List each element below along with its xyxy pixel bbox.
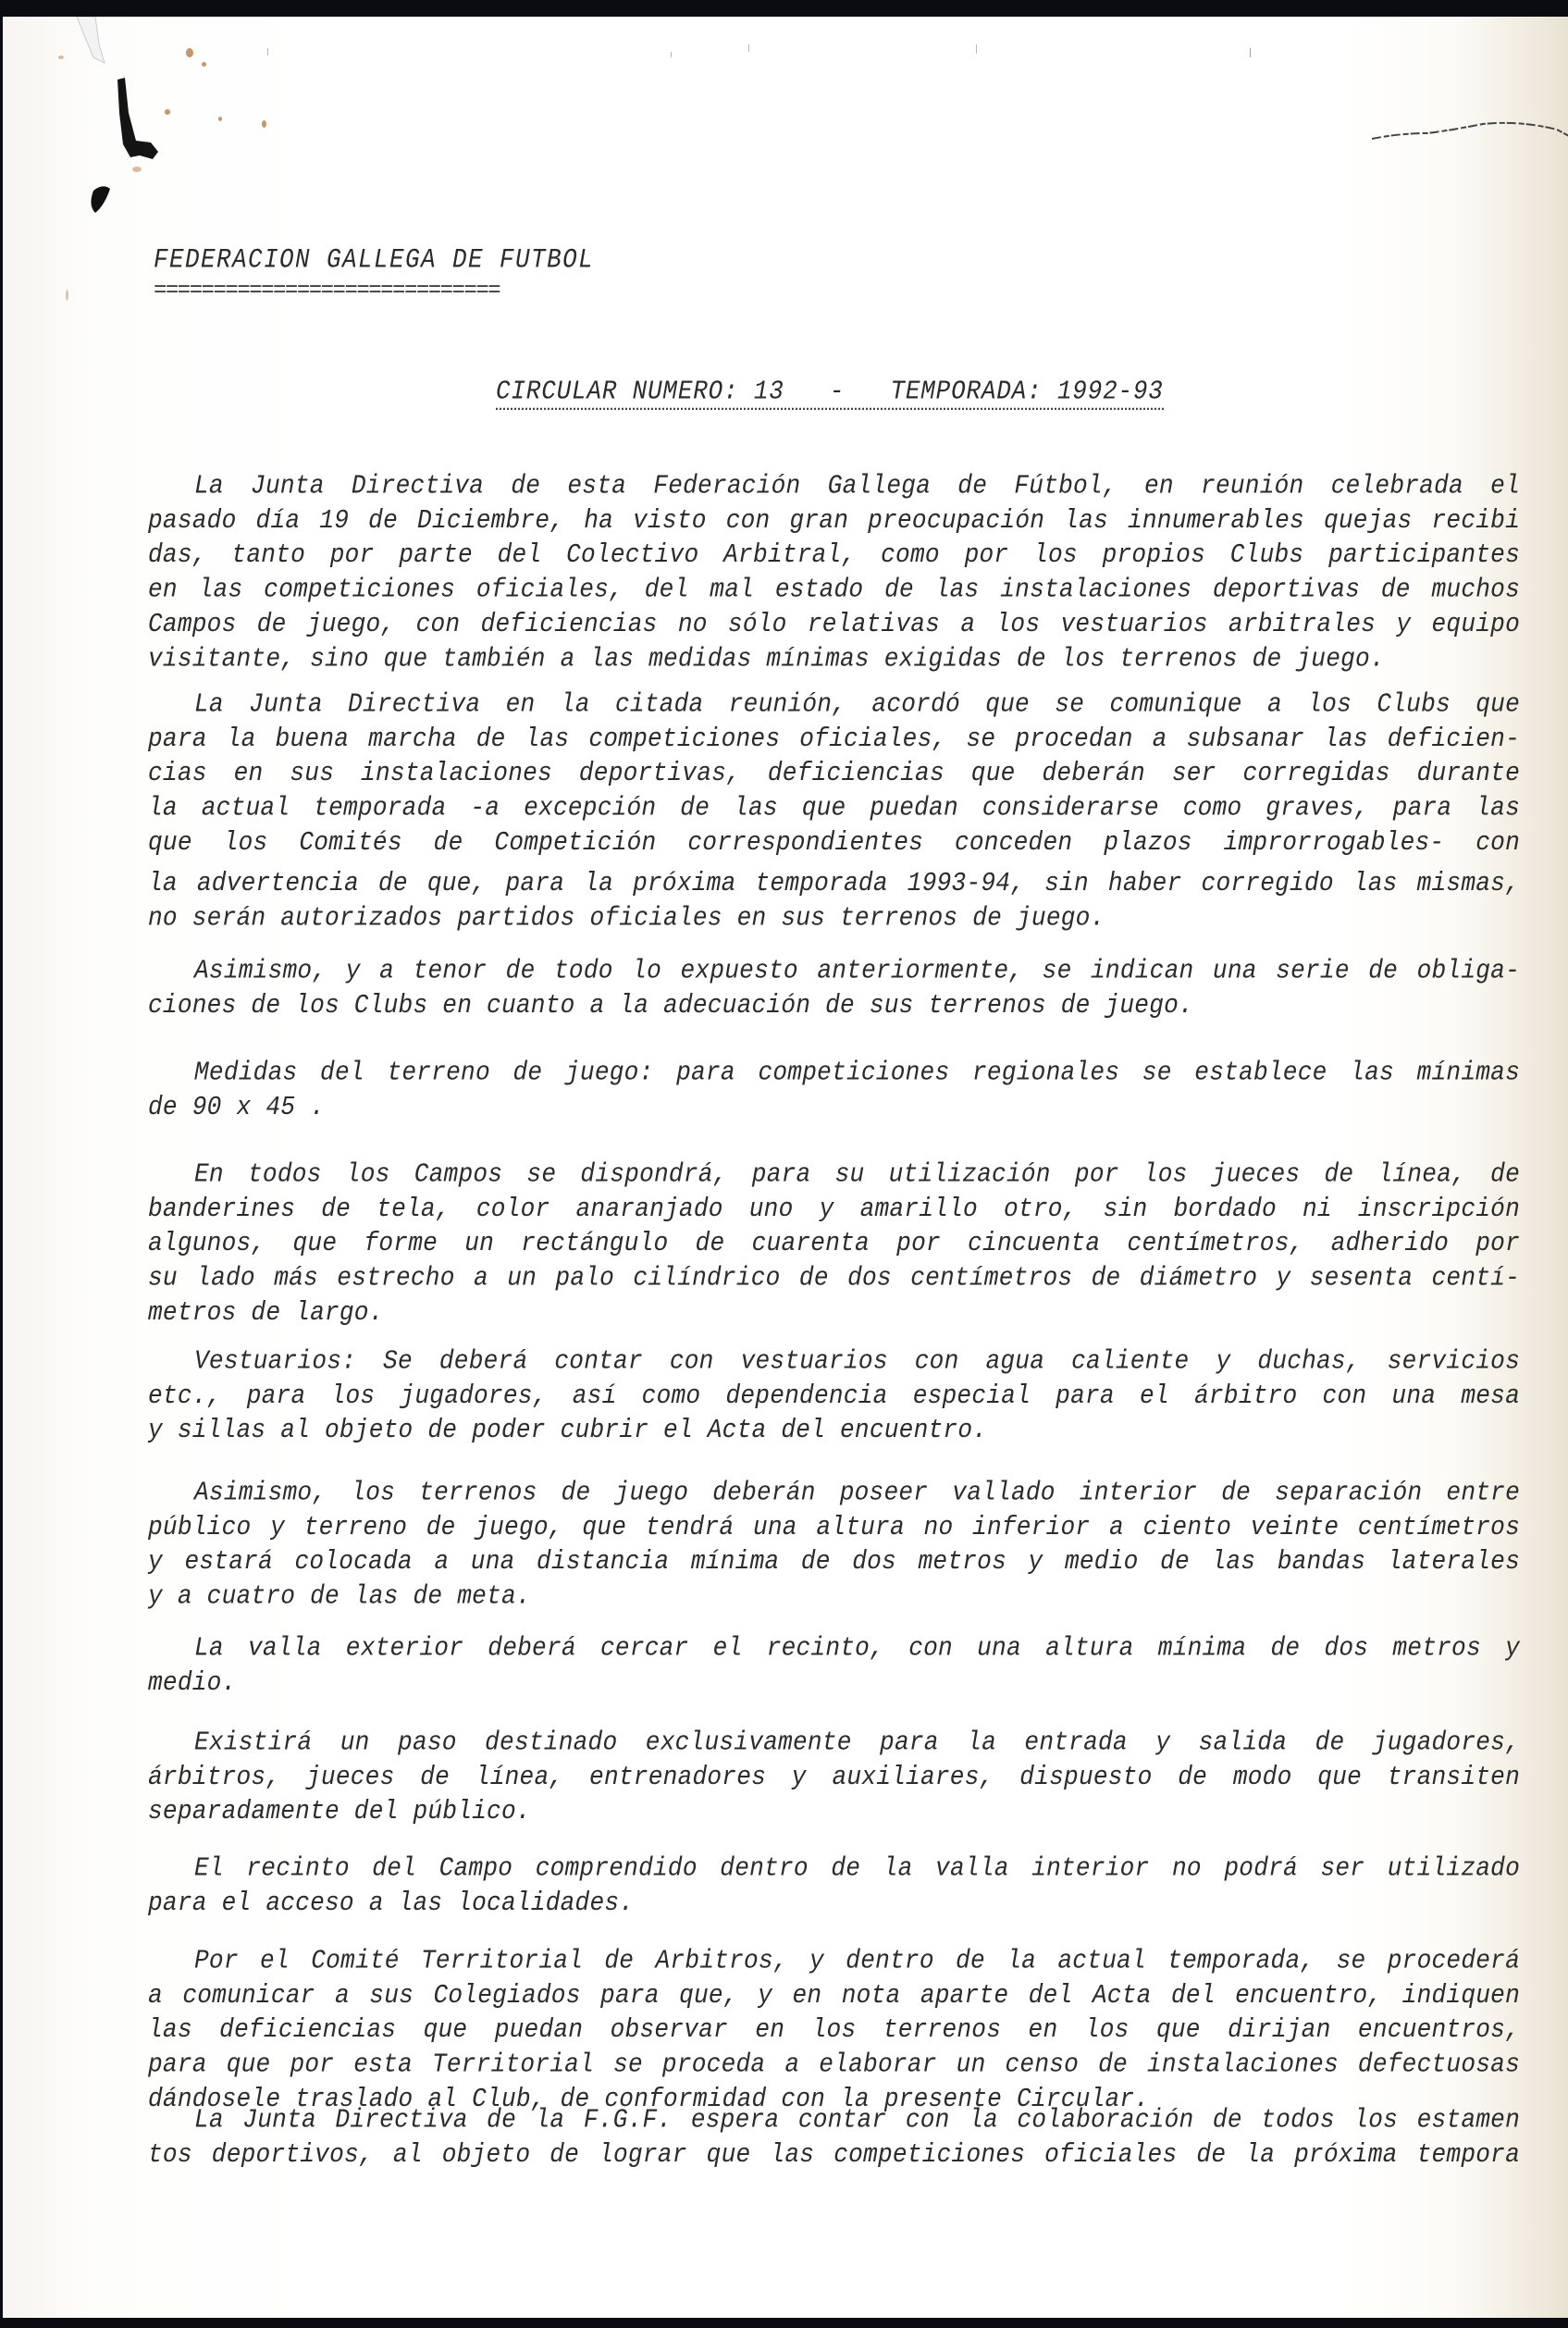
- paragraph-line: metros de largo.: [148, 1295, 1520, 1330]
- document-page: FEDERACION GALLEGA DE FUTBOL ===========…: [3, 17, 1568, 2318]
- paragraph-line: de 90 x 45 .: [148, 1089, 1520, 1123]
- scan-dust-mark: [976, 44, 977, 54]
- paragraph-line: medio.: [148, 1665, 1520, 1699]
- paragraph-line: etc., para los jugadores, así como depen…: [148, 1378, 1520, 1412]
- paragraph-line: La Junta Directiva en la citada reunión,…: [148, 687, 1520, 721]
- paragraph-line: su lado más estrecho a un palo cilíndric…: [148, 1260, 1520, 1294]
- paragraph-line: Existirá un paso destinado exclusivament…: [148, 1725, 1520, 1759]
- paragraph-line: pasado día 19 de Diciembre, ha visto con…: [148, 502, 1520, 537]
- paragraph-line: y a cuatro de las de meta.: [148, 1579, 1520, 1613]
- paragraph-line: En todos los Campos se dispondrá, para s…: [148, 1157, 1520, 1191]
- organization-title-underline: =============================: [154, 279, 500, 303]
- paragraph-referees-committee: Por el Comité Territorial de Arbitros, y…: [148, 1943, 1520, 2116]
- paragraph-line: no serán autorizados partidos oficiales …: [148, 900, 1520, 935]
- paragraph-line: Vestuarios: Se deberá contar con vestuar…: [148, 1344, 1520, 1378]
- scan-dust-mark: [748, 44, 749, 52]
- paragraph-line: ciones de los Clubs en cuanto a la adecu…: [148, 987, 1520, 1022]
- rust-stain: [58, 56, 64, 59]
- paragraph-line: separadamente del público.: [148, 1794, 1520, 1828]
- paragraph-line: árbitros, jueces de línea, entrenadores …: [148, 1759, 1520, 1793]
- paragraph-line: Campos de juego, con deficiencias no sól…: [148, 607, 1520, 641]
- rust-stain: [165, 109, 170, 115]
- paragraph-line: la actual temporada -a excepción de las …: [148, 790, 1520, 824]
- paragraph-line: El recinto del Campo comprendido dentro …: [148, 1851, 1520, 1885]
- torn-corner-mark: [68, 17, 114, 72]
- paragraph-line: tos deportivos, al objeto de lograr que …: [148, 2136, 1520, 2171]
- paper-crease-mark: [1372, 120, 1568, 148]
- paragraph-enclosure-access: El recinto del Campo comprendido dentro …: [148, 1851, 1520, 1920]
- paragraph-line: a comunicar a sus Colegiados para que, y…: [148, 1977, 1520, 2012]
- scan-dust-mark: [671, 52, 672, 57]
- paragraph-linesman-flags: En todos los Campos se dispondrá, para s…: [148, 1157, 1520, 1330]
- rust-stain: [262, 120, 266, 128]
- rust-stain: [66, 290, 68, 301]
- paragraph-line: Asimismo, y a tenor de todo lo expuesto …: [148, 953, 1520, 987]
- paragraph-line: algunos, que forme un rectángulo de cuar…: [148, 1226, 1520, 1260]
- paragraph-line: que los Comités de Competición correspon…: [148, 825, 1520, 860]
- paragraph-line: para el acceso a las localidades.: [148, 1885, 1520, 1919]
- scan-dust-mark: [267, 48, 268, 56]
- paragraph-exterior-fence: La valla exterior deberá cercar el recin…: [148, 1630, 1520, 1700]
- paragraph-line: La Junta Directiva de esta Federación Ga…: [148, 468, 1520, 502]
- paragraph-line: la advertencia de que, para la próxima t…: [148, 866, 1520, 900]
- paragraph-line: visitante, sino que también a las medida…: [148, 641, 1520, 675]
- paragraph-line: La Junta Directiva de la F.G.F. espera c…: [148, 2102, 1520, 2136]
- paragraph-obligations-intro: Asimismo, y a tenor de todo lo expuesto …: [148, 953, 1520, 1022]
- paragraph-line: y estará colocada a una distancia mínima…: [148, 1544, 1520, 1579]
- paragraph-line: para que por esta Territorial se proceda…: [148, 2047, 1520, 2081]
- rust-stain: [202, 62, 206, 67]
- paragraph-board-agreement: La Junta Directiva en la citada reunión,…: [148, 687, 1520, 935]
- paragraph-players-passage: Existirá un paso destinado exclusivament…: [148, 1725, 1520, 1828]
- paragraph-line: Por el Comité Territorial de Arbitros, y…: [148, 1943, 1520, 1977]
- paragraph-line: banderines de tela, color anaranjado uno…: [148, 1191, 1520, 1225]
- circular-heading: CIRCULAR NUMERO: 13 - TEMPORADA: 1992-93: [496, 376, 1164, 410]
- paragraph-line: y sillas al objeto de poder cubrir el Ac…: [148, 1413, 1520, 1447]
- organization-title: FEDERACION GALLEGA DE FUTBOL: [154, 243, 594, 276]
- punch-hole-mark-icon: [86, 181, 114, 215]
- paragraph-line: Asimismo, los terrenos de juego deberán …: [148, 1475, 1520, 1509]
- paragraph-field-dimensions: Medidas del terreno de juego: para compe…: [148, 1055, 1520, 1124]
- paragraph-line: para la buena marcha de las competicione…: [148, 721, 1520, 755]
- rust-stain: [186, 48, 193, 57]
- staple-mark-icon: [112, 76, 167, 165]
- paragraph-line: en las competiciones oficiales, del mal …: [148, 572, 1520, 606]
- paragraph-line: público y terreno de juego, que tendrá u…: [148, 1509, 1520, 1543]
- paragraph-line: das, tanto por parte del Colectivo Arbit…: [148, 538, 1520, 572]
- paragraph-meeting-concerns: La Junta Directiva de esta Federación Ga…: [148, 468, 1520, 675]
- paragraph-line: las deficiencias que puedan observar en …: [148, 2012, 1520, 2047]
- rust-stain: [218, 117, 222, 121]
- paragraph-line: cias en sus instalaciones deportivas, de…: [148, 756, 1520, 790]
- paragraph-line: Medidas del terreno de juego: para compe…: [148, 1055, 1520, 1089]
- paragraph-interior-fence: Asimismo, los terrenos de juego deberán …: [148, 1475, 1520, 1614]
- paragraph-changing-rooms: Vestuarios: Se deberá contar con vestuar…: [148, 1344, 1520, 1447]
- scan-dust-mark: [1250, 48, 1251, 57]
- paragraph-closing-collaboration: La Junta Directiva de la F.G.F. espera c…: [148, 2102, 1520, 2172]
- paragraph-line: La valla exterior deberá cercar el recin…: [148, 1630, 1520, 1665]
- rust-stain: [132, 167, 142, 172]
